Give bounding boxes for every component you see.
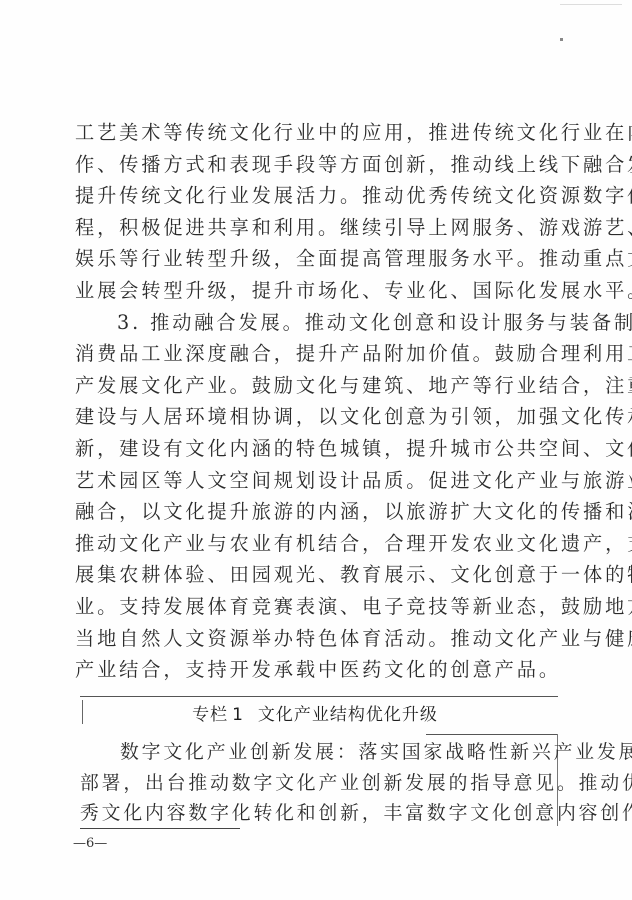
box-title-rule	[426, 734, 558, 735]
scan-speck	[560, 38, 563, 41]
box-title: 专栏1文化产业结构优化升级	[80, 700, 550, 730]
text-line: 业。支持发展体育竞赛表演、电子竞技等新业态，鼓励地方依托	[75, 591, 565, 623]
text-line: 业展会转型升级，提升市场化、专业化、国际化发展水平。	[75, 275, 565, 307]
text-line: 消费品工业深度融合，提升产品附加价值。鼓励合理利用工业遗	[75, 338, 565, 370]
box-text-line: 秀文化内容数字化转化和创新，丰富数字文化创意内容创作	[80, 799, 558, 830]
document-page: 工艺美术等传统文化行业中的应用，推进传统文化行业在内容创 作、传播方式和表现手段…	[0, 0, 632, 900]
text-line: 工艺美术等传统文化行业中的应用，推进传统文化行业在内容创	[75, 117, 565, 149]
text-line: 展集农耕体验、田园观光、教育展示、文化创意于一体的特色农	[75, 559, 565, 591]
page-number: —6—	[73, 836, 107, 851]
body-text: 工艺美术等传统文化行业中的应用，推进传统文化行业在内容创 作、传播方式和表现手段…	[75, 117, 565, 686]
box-title-text: 文化产业结构优化升级	[258, 705, 438, 725]
sidebar-box: 专栏1文化产业结构优化升级 数字文化产业创新发展：落实国家战略性新兴产业发展 部…	[80, 696, 558, 826]
box-label: 专栏	[192, 705, 228, 725]
box-text-line: 部署，出台推动数字文化产业创新发展的指导意见。推动优	[80, 769, 558, 800]
box-number: 1	[232, 705, 244, 725]
scan-artifact	[560, 4, 622, 5]
box-text-line: 数字文化产业创新发展：落实国家战略性新兴产业发展	[80, 738, 558, 769]
text-line: 建设与人居环境相协调，以文化创意为引领，加强文化传承与创	[75, 401, 565, 433]
text-line: 作、传播方式和表现手段等方面创新，推动线上线下融合发展，	[75, 149, 565, 181]
text-line: 提升传统文化行业发展活力。推动优秀传统文化资源数字化进	[75, 180, 565, 212]
text-line: 新，建设有文化内涵的特色城镇，提升城市公共空间、文化街区、	[75, 433, 565, 465]
text-line: 娱乐等行业转型升级，全面提高管理服务水平。推动重点文化产	[75, 243, 565, 275]
section-heading-line: 3. 推动融合发展。推动文化创意和设计服务与装备制造业和	[75, 307, 565, 339]
text-line: 融合，以文化提升旅游的内涵，以旅游扩大文化的传播和消费。	[75, 496, 565, 528]
box-border-top	[80, 696, 558, 697]
text-line: 产业结合，支持开发承载中医药文化的创意产品。	[75, 654, 565, 686]
text-line: 当地自然人文资源举办特色体育活动。推动文化产业与健康养老	[75, 623, 565, 655]
text-line: 程，积极促进共享和利用。继续引导上网服务、游戏游艺、歌舞	[75, 212, 565, 244]
text-line: 产发展文化产业。鼓励文化与建筑、地产等行业结合，注重文化	[75, 370, 565, 402]
text-line: 推动文化产业与农业有机结合，合理开发农业文化遗产，支持发	[75, 528, 565, 560]
box-body: 数字文化产业创新发展：落实国家战略性新兴产业发展 部署，出台推动数字文化产业创新…	[80, 738, 558, 830]
text-line: 艺术园区等人文空间规划设计品质。促进文化产业与旅游业深度	[75, 465, 565, 497]
